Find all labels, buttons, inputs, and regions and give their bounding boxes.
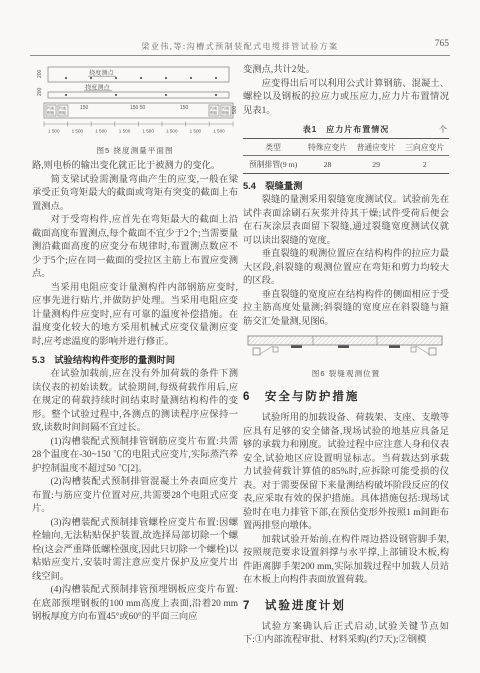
table-cell: 29 xyxy=(352,156,401,174)
table-cell: 2 xyxy=(400,156,449,174)
span-dim: 1 500 xyxy=(166,129,178,134)
paragraph: 路,则电桥的输出变化就正比于被测力的变化。 xyxy=(32,160,238,174)
figure-6-drawing xyxy=(243,334,449,361)
section-heading-5-4: 5.4 裂缝量测 xyxy=(243,178,449,192)
restraint-plate-label: 约束 xyxy=(210,106,218,111)
dim-150-left: 150 xyxy=(80,105,89,111)
paragraph: 试验所用的加载设备、荷载架、支座、支墩等应具有足够的安全储备,现场试验的地基应具… xyxy=(243,412,449,534)
restraint-plate-label: 钢板 xyxy=(222,110,230,115)
table-1-caption: 表1 应力片布置情况 xyxy=(303,124,389,135)
figure-6-crack-positions: 图6 裂缝观测位置 xyxy=(243,334,449,379)
paragraph: 裂缝的量测采用裂缝宽度测试仪。试验前先在试件表面涂刷石灰浆并待其干燥;试件受荷后… xyxy=(243,194,449,248)
deflection-point-label-1: 挠度测点 xyxy=(89,69,115,77)
table-header-row: 类型 特殊应变片 普通应变片 三向应变片 xyxy=(243,139,449,156)
figure-6-caption: 图6 裂缝观测位置 xyxy=(243,368,449,379)
paragraph: (2)沟槽装配式预制排管混凝土外表面应变片布置:与筋应变片位置对应,共需要28个… xyxy=(32,476,238,517)
table-row: 预制排管(9 m) 28 29 2 xyxy=(243,156,449,174)
span-dim: 1 500 xyxy=(190,129,202,134)
paragraph: 对于受弯构件,应首先在弯矩最大的截面上沿截面高度布置测点,每个截面不宜少于2个;… xyxy=(32,214,238,282)
running-title: 梁业伟,等:沟槽式预制装配式电缆排管试验方案 xyxy=(60,41,420,52)
paragraph: (1)沟槽装配式预制排管钢筋应变片布置:共需28个温度在-30~150 ℃的电阻… xyxy=(32,436,238,477)
paragraph: (4)沟槽装配式预制排管预埋钢板应变片布置:在底部预埋钢板的100 mm高度上表… xyxy=(32,584,238,625)
span-dim: 1 500 xyxy=(95,129,107,134)
paper-page: 梁业伟,等:沟槽式预制装配式电缆排管试验方案 765 200 200 挠度测点 … xyxy=(0,0,480,673)
header-rule xyxy=(30,55,450,56)
span-dim: 1 500 xyxy=(213,129,225,134)
paragraph: 垂直裂缝的观测位置应在结构构件的拉应力最大区段,斜裂缝的观测位置应在弯矩和剪力均… xyxy=(243,248,449,289)
column-header: 三向应变片 xyxy=(400,139,449,156)
dim-150-50-mid: 150 50 xyxy=(130,105,146,111)
deflection-point-label-2: 挠度测点 xyxy=(85,84,111,92)
table-cell: 预制排管(9 m) xyxy=(243,156,303,174)
paragraph: 当采用电阻应变计量测构件内部钢筋应变时,应事先进行贴片,并做防护处理。当采用电阻… xyxy=(32,282,238,350)
section-heading-6: 6 安全与防护措施 xyxy=(243,388,449,404)
section-heading-5-3: 5.3 试验结构构件变形的量测时间 xyxy=(32,352,238,366)
section-heading-7: 7 试验进度计划 xyxy=(243,597,449,613)
column-header: 类型 xyxy=(243,139,303,156)
paragraph: 变测点,共计2处。 xyxy=(243,64,449,78)
restraint-plate-label: 约束 xyxy=(222,106,230,111)
right-column: 变测点,共计2处。 应变得出后可以利用公式计算钢筋、混凝土、螺栓以及钢板的拉应力… xyxy=(243,64,449,648)
page-number: 765 xyxy=(435,39,449,49)
table-1-unit: 个 xyxy=(439,124,447,135)
paragraph: (3)沟槽装配式预制排管螺栓应变片布置:因螺栓轴向,无法粘贴保护装置,故选择局部… xyxy=(32,517,238,585)
paragraph: 简支梁试验需测量弯曲产生的应变,一般在梁承受正负弯矩最大的截面或弯矩有突变的截面… xyxy=(32,174,238,215)
left-column: 200 200 挠度测点 挠度测点 约束 钢板 xyxy=(32,64,238,625)
paragraph: 垂直裂缝的宽度应在结构构件的侧面相应于受拉主筋高度处量测;斜裂缝的宽度应在斜裂缝… xyxy=(243,289,449,330)
span-dim: 1 500 xyxy=(142,129,154,134)
restraint-plate-label: 钢板 xyxy=(47,110,55,115)
table-1: 表1 应力片布置情况 个 类型 特殊应变片 普通应变片 三向应变片 预制排管(9… xyxy=(243,124,449,174)
dim-500: 500 xyxy=(232,105,238,114)
dim-200-top: 200 xyxy=(37,69,43,78)
column-header: 特殊应变片 xyxy=(303,139,352,156)
restraint-plate-label: 约束 xyxy=(47,106,55,111)
span-dim: 1 500 xyxy=(48,129,60,134)
dim-200-bottom: 200 xyxy=(37,87,43,96)
figure-5-caption: 图5 挠度测量平面图 xyxy=(32,145,238,156)
restraint-plate-label: 钢板 xyxy=(210,110,218,115)
span-dim: 1 500 xyxy=(119,129,131,134)
restraint-plate-label: 约束 xyxy=(59,106,67,111)
paragraph: 应变得出后可以利用公式计算钢筋、混凝土、螺栓以及钢板的拉应力或压应力,应力片布置… xyxy=(243,78,449,119)
span-dim: 1 500 xyxy=(72,129,84,134)
restraint-plate-label: 钢板 xyxy=(59,110,67,115)
paragraph: 试验方案确认后正式启动,试验关键节点如下:①内部流程审批、材料采购(约7天);②… xyxy=(243,621,449,648)
paragraph: 在试验加载前,应在没有外加荷载的条件下测读仪表的初始读数。试验期间,每级荷载作用… xyxy=(32,368,238,436)
table-cell: 28 xyxy=(303,156,352,174)
dim-150-right: 150 xyxy=(180,105,189,111)
column-header: 普通应变片 xyxy=(352,139,401,156)
figure-5-deflection-plan: 200 200 挠度测点 挠度测点 约束 钢板 xyxy=(32,66,238,156)
paragraph: 加载试验开始前,在构件周边搭设钢管脚手架,按照规范要求设置斜撑与水平撑,上部铺设… xyxy=(243,534,449,588)
figure-5-drawing: 200 200 挠度测点 挠度测点 约束 钢板 xyxy=(32,66,238,138)
